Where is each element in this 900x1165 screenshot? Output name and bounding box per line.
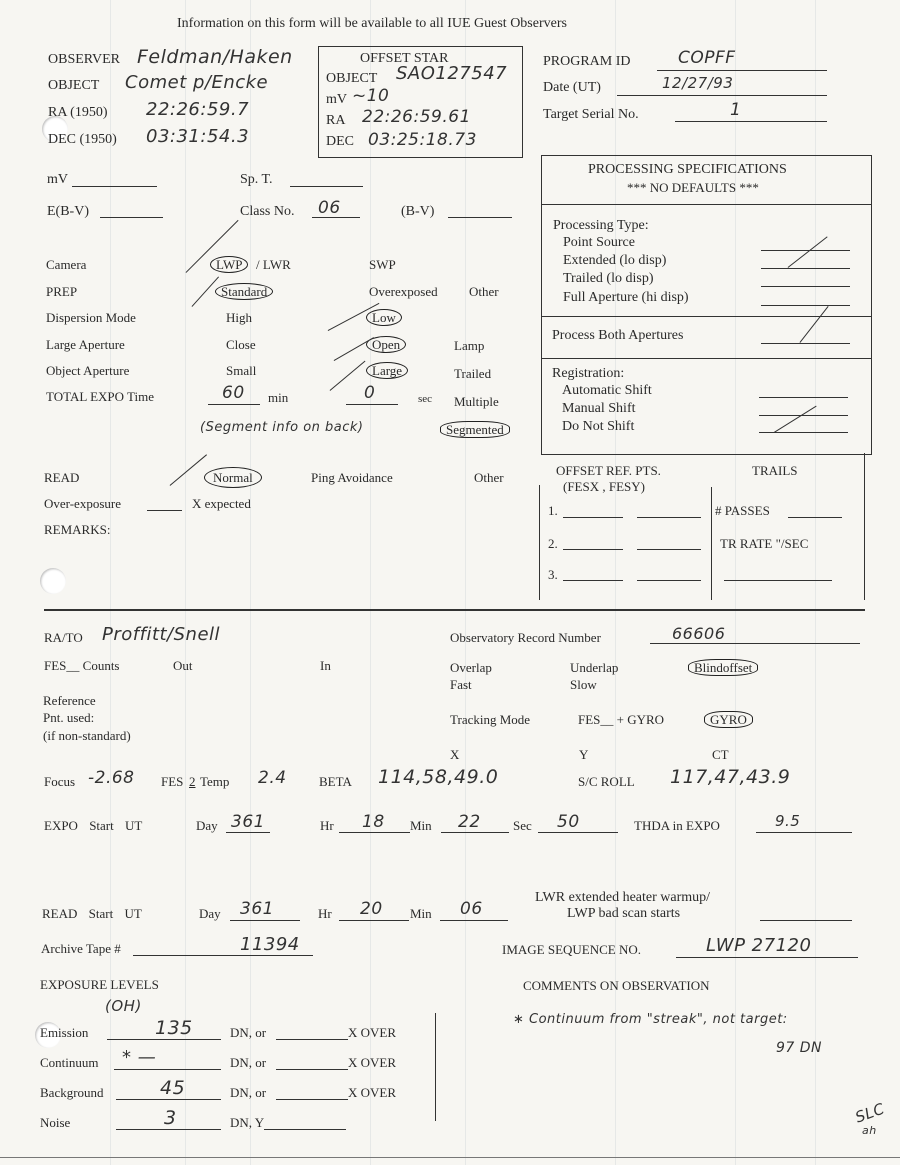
background-value[interactable]: 45 [160,1077,185,1099]
expo-min-label: Min [410,818,432,834]
date-label: Date (UT) [543,80,601,96]
registration-label: Registration: [552,366,624,382]
ra-value[interactable]: 22:26:59.7 [146,99,249,120]
read-other[interactable]: Other [474,470,504,486]
camera-swp[interactable]: SWP [369,257,396,273]
noise-dn: DN, Y [230,1115,264,1131]
offset-ref-row-3: 3. [548,567,558,583]
archive-tape-label: Archive Tape # [41,941,121,957]
dispersion-low[interactable]: Low [372,310,402,326]
min-label: min [268,390,288,406]
read-hr-value[interactable]: 20 [360,899,383,919]
type-full-aperture[interactable]: Full Aperture (hi disp) [563,290,689,306]
tracking-gyro[interactable]: GYRO [710,712,753,728]
class-value[interactable]: 06 [318,198,341,218]
prep-other[interactable]: Other [469,284,499,300]
comment-line-1: ∗ Continuum from "streak", not target: [513,1012,788,1027]
read-min-value[interactable]: 06 [460,899,483,919]
tracking-mode-label: Tracking Mode [450,712,530,728]
comment-line-2: 97 DN [776,1040,822,1056]
camera-label: Camera [46,257,86,273]
type-extended[interactable]: Extended (lo disp) [563,253,666,269]
emission-value[interactable]: 135 [155,1017,193,1039]
read-label: READ [44,470,79,486]
beta-value[interactable]: 114,58,49.0 [378,766,498,788]
archive-tape-value[interactable]: 11394 [240,934,300,955]
read-normal[interactable]: Normal [210,470,262,486]
read-ping-avoidance[interactable]: Ping Avoidance [311,470,393,486]
fes-in-label: In [320,658,331,674]
object-label: OBJECT [48,78,99,94]
ra-label: RA (1950) [48,105,108,121]
date-value[interactable]: 12/27/93 [662,74,733,92]
continuum-label: Continuum [40,1055,99,1071]
rato-value[interactable]: Proffitt/Snell [102,624,220,645]
x-expected-label: X expected [192,496,251,512]
type-point-source[interactable]: Point Source [563,235,635,251]
expo-hr-label: Hr [320,818,334,834]
emission-note: (OH) [105,997,142,1015]
slow-option[interactable]: Slow [570,677,597,693]
offset-ref-row-2: 2. [548,536,558,552]
fes-counts-label: FES__ Counts [44,658,120,674]
thda-value[interactable]: 9.5 [775,812,800,830]
punch-hole [40,568,66,594]
large-aperture-lamp[interactable]: Lamp [454,338,484,354]
noise-value[interactable]: 3 [164,1107,177,1129]
strike-mark-icon [170,454,208,486]
camera-lwr[interactable]: / LWR [256,257,291,273]
prep-standard[interactable]: Standard [221,284,273,300]
remarks-label: REMARKS: [44,522,110,538]
large-aperture-close[interactable]: Close [226,337,256,353]
underlap-option[interactable]: Underlap [570,660,618,676]
background-dn: DN, or [230,1085,266,1101]
background-label: Background [40,1085,104,1101]
serial-value[interactable]: 1 [730,100,741,120]
blindoffset-option[interactable]: Blindoffset [694,660,758,676]
temp-label: Temp [200,774,229,790]
emission-over: X OVER [348,1025,396,1041]
reg-do-not-shift[interactable]: Do Not Shift [562,419,634,435]
strike-mark-icon [334,337,374,361]
large-aperture-label: Large Aperture [46,337,125,353]
expo-day-label: Day [196,818,218,834]
beta-label: BETA [319,774,352,790]
expo-min-start-value[interactable]: 22 [458,812,481,832]
bv-label: (B-V) [401,204,434,220]
read-day-label: Day [199,906,221,922]
object-aperture-trailed[interactable]: Trailed [454,366,491,382]
emission-dn: DN, or [230,1025,266,1041]
rato-label: RA/TO [44,630,83,646]
continuum-dn: DN, or [230,1055,266,1071]
exposure-levels-title: EXPOSURE LEVELS [40,977,159,993]
reg-manual[interactable]: Manual Shift [562,401,636,417]
object-value[interactable]: Comet p/Encke [125,72,268,93]
spt-label: Sp. T. [240,172,273,188]
processing-type-label: Processing Type: [553,218,649,234]
program-id-value[interactable]: COPFF [678,48,736,68]
expo-multiple[interactable]: Multiple [454,394,499,410]
focus-label: Focus [44,774,75,790]
read-start-label: READ Start UT [42,906,142,922]
x-label: X [450,747,459,763]
image-sequence-value[interactable]: LWP 27120 [706,935,811,956]
prep-overexposed[interactable]: Overexposed [369,284,438,300]
camera-lwp[interactable]: LWP [216,257,248,273]
dec-label: DEC (1950) [48,132,117,148]
temp-value[interactable]: 2.4 [258,768,287,788]
expo-day-value[interactable]: 361 [231,812,265,832]
background-over: X OVER [348,1085,396,1101]
sc-roll-value[interactable]: 117,47,43.9 [670,766,790,788]
sec-label: sec [418,393,432,405]
large-aperture-open[interactable]: Open [372,337,406,353]
read-min-label: Min [410,906,432,922]
offset-ra-value[interactable]: 22:26:59.61 [362,107,471,127]
reg-automatic[interactable]: Automatic Shift [562,383,652,399]
expo-start-label: EXPO Start UT [44,818,142,834]
noise-label: Noise [40,1115,70,1131]
dispersion-high[interactable]: High [226,310,252,326]
over-exposure-label: Over-exposure [44,496,121,512]
reference-label-1: Reference [43,693,96,709]
observer-value[interactable]: Feldman/Haken [137,46,293,68]
form-notice: Information on this form will be availab… [177,16,567,32]
serial-label: Target Serial No. [543,107,639,123]
comments-title: COMMENTS ON OBSERVATION [523,978,710,994]
offset-mv-value[interactable]: ~10 [352,86,389,106]
tr-rate-label: TR RATE "/SEC [720,536,808,552]
emission-label: Emission [40,1025,88,1041]
object-aperture-large[interactable]: Large [372,363,408,379]
expo-segmented[interactable]: Segmented [446,422,510,438]
processing-title: PROCESSING SPECIFICATIONS [588,162,787,178]
obs-record-label: Observatory Record Number [450,630,601,646]
offset-dec-value[interactable]: 03:25:18.73 [368,130,477,150]
image-sequence-label: IMAGE SEQUENCE NO. [502,942,641,958]
ebv-label: E(B-V) [47,204,89,220]
expo-sec-label: Sec [513,818,532,834]
tracking-fes-gyro[interactable]: FES__ + GYRO [578,712,664,728]
continuum-value[interactable]: * — [122,1047,156,1068]
read-day-value[interactable]: 361 [240,899,274,919]
fes-label: FES [161,774,183,790]
processing-subtitle: *** NO DEFAULTS *** [627,180,759,196]
total-expo-label: TOTAL EXPO Time [46,389,154,405]
object-aperture-small[interactable]: Small [226,363,256,379]
passes-label: # PASSES [715,503,770,519]
heater-label-1: LWR extended heater warmup/ [535,890,710,906]
reference-label-3: (if non-standard) [43,728,131,744]
offset-ref-subtitle: (FESX , FESY) [563,479,645,495]
offset-ref-title: OFFSET REF. PTS. [556,463,661,479]
offset-ref-row-1: 1. [548,503,558,519]
initials-1: SLC [853,1099,887,1126]
dec-value[interactable]: 03:31:54.3 [146,126,249,147]
segment-note: (Segment info on back) [200,420,364,435]
fes-out-label: Out [173,658,193,674]
expo-hr-value[interactable]: 18 [362,812,385,832]
obs-record-value[interactable]: 66606 [672,624,725,643]
offset-ra-label: RA [326,113,345,129]
process-both-label: Process Both Apertures [552,328,683,344]
program-id-label: PROGRAM ID [543,54,631,70]
reference-label-2: Pnt. used: [43,710,94,726]
sc-roll-label: S/C ROLL [578,774,635,790]
object-aperture-label: Object Aperture [46,363,129,379]
ct-label: CT [712,747,729,763]
overlap-option[interactable]: Overlap [450,660,492,676]
observer-label: OBSERVER [48,52,120,68]
heater-label-2: LWP bad scan starts [567,906,680,922]
read-hr-label: Hr [318,906,332,922]
fes-value[interactable]: 2 [189,774,196,790]
trails-title: TRAILS [752,463,798,479]
strike-mark-icon [330,361,366,392]
prep-label: PREP [46,284,77,300]
thda-label: THDA in EXPO [634,818,720,834]
dispersion-label: Dispersion Mode [46,310,136,326]
offset-dec-label: DEC [326,134,354,150]
expo-sec-value[interactable]: 0 [364,383,375,403]
class-label: Class No. [240,204,294,220]
offset-object-value[interactable]: SAO127547 [396,63,507,84]
type-trailed[interactable]: Trailed (lo disp) [563,271,653,287]
expo-sec-start-value[interactable]: 50 [557,812,580,832]
continuum-over: X OVER [348,1055,396,1071]
focus-value[interactable]: -2.68 [88,768,135,788]
offset-object-label: OBJECT [326,71,377,87]
expo-min-value[interactable]: 60 [222,383,245,403]
y-label: Y [579,747,588,763]
offset-mv-label: mV [326,92,347,108]
initials-2: ah [862,1124,877,1137]
mv-label: mV [47,172,68,188]
fast-option[interactable]: Fast [450,677,472,693]
